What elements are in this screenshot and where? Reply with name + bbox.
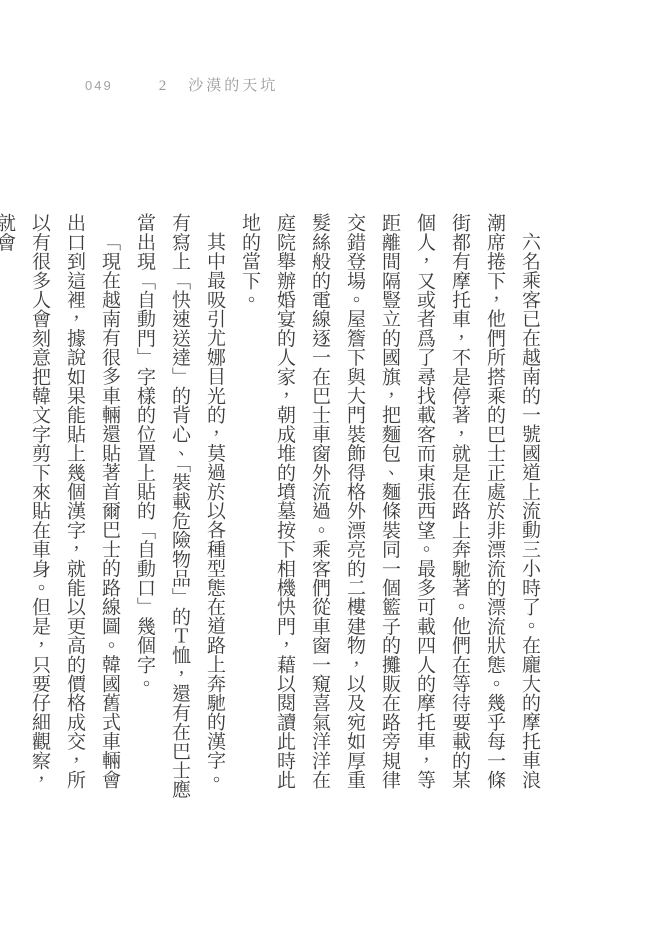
chapter-number: 2 (159, 78, 167, 95)
chapter-title: 沙漠的天坑 (188, 74, 278, 95)
page-number: 049 (85, 78, 113, 93)
paragraph-2: 其中最吸引尤娜目光的，莫過於以各種型態在道路上奔馳的漢字。有寫上「快速送達」的背… (127, 213, 232, 805)
paragraph-1: 六名乘客已在越南的一號國道上流動三小時了。在龐大的摩托車浪潮席捲下，他們所搭乘的… (232, 213, 547, 805)
body-text: 六名乘客已在越南的一號國道上流動三小時了。在龐大的摩托車浪潮席捲下，他們所搭乘的… (0, 213, 547, 805)
book-page: 049 2 沙漠的天坑 六名乘客已在越南的一號國道上流動三小時了。在龐大的摩托車… (0, 0, 663, 932)
paragraph-3: 「現在越南有很多車輛還貼著首爾巴士的路線圖。韓國舊式車輛會出口到這裡，據說如果能… (0, 213, 127, 805)
running-header: 049 2 沙漠的天坑 (85, 74, 278, 92)
